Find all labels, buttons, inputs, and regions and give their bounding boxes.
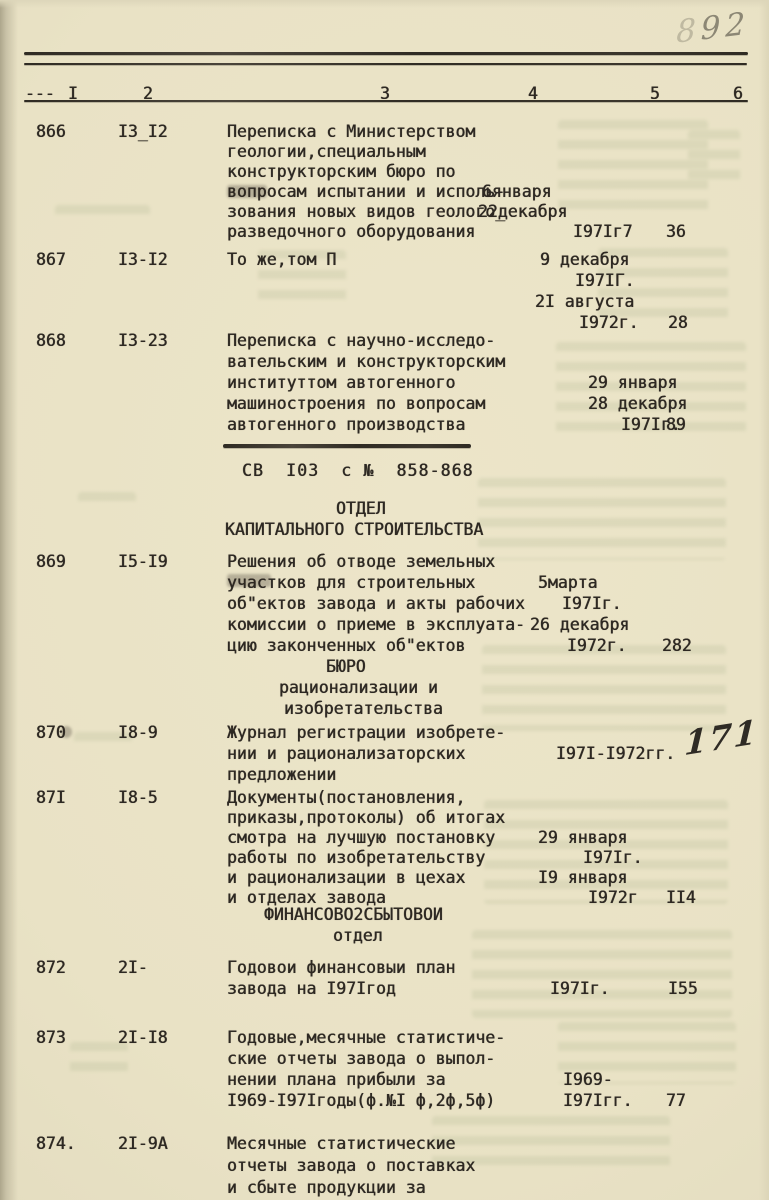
entry-title-line: То же,том П xyxy=(227,250,336,270)
entry-sheet-count: I55 xyxy=(668,979,698,999)
entry-date: 9 декабря xyxy=(540,250,629,270)
entry-number: 87I xyxy=(36,788,66,808)
entry-number: 872 xyxy=(36,958,66,978)
entry-date: I97Iг. xyxy=(583,848,643,868)
entry-title-line: об"ектов завода и акты рабочих xyxy=(227,594,525,614)
entry-index-code: I3-23 xyxy=(118,331,168,351)
entry-date: I97IГ. xyxy=(575,271,635,291)
entry-date: 29 января xyxy=(538,828,627,848)
entry-title-line: работы по изобретательству xyxy=(227,848,485,868)
section-heading: рационализации и xyxy=(279,678,438,698)
entry-title-line: комиссии о приеме в эксплуата- xyxy=(227,615,525,635)
entry-sheet-count: II4 xyxy=(666,888,696,908)
column-number-4: 4 xyxy=(528,84,538,104)
entry-title-line: Журнал регистрации изобрете- xyxy=(227,723,505,743)
entry-number: 870 xyxy=(36,723,66,743)
column-number-3: 3 xyxy=(380,84,390,104)
section-heading: БЮРО xyxy=(326,657,366,677)
entry-date: 22декабря xyxy=(478,202,567,222)
entry-title-line: геологии,специальным xyxy=(227,142,426,162)
entry-date: 6января xyxy=(482,182,552,202)
entry-index-code: 2I- xyxy=(118,958,148,978)
page-edge-shadow-top xyxy=(0,0,769,8)
entry-title-line: Годовои финансовыи план xyxy=(227,958,455,978)
separator-rule xyxy=(223,444,471,448)
entry-date: I972г xyxy=(588,888,638,908)
entry-index-code: 2I-9А xyxy=(118,1134,168,1154)
entry-date: 26 декабря xyxy=(530,615,629,635)
entry-date: I97Iг. xyxy=(562,594,622,614)
entry-number: 868 xyxy=(36,331,66,351)
entry-title-line: Переписка с научно-исследо- xyxy=(227,331,495,351)
section-heading: ФИНАНСОВО2СБЫТОВОИ xyxy=(264,905,443,925)
column-number-2: 2 xyxy=(143,84,153,104)
entry-title-line: смотра на лучшую постановку xyxy=(227,828,495,848)
entry-sheet-count: 36 xyxy=(666,222,686,242)
entry-title-line: I969-I97Iгоды(ф.№I ф,2ф,5ф) xyxy=(227,1091,495,1111)
handwritten-sheet-count: 171 xyxy=(683,712,759,764)
handwritten-page-number: 892 xyxy=(676,5,750,50)
section-heading: КАПИТАЛЬНОГО СТРОИТЕЛЬСТВА xyxy=(225,520,483,540)
entry-title-line: вопросам испытании и исполь- xyxy=(227,182,505,202)
bleed-through xyxy=(558,120,708,216)
entry-title-line: зования новых видов геолого_ xyxy=(227,202,505,222)
entry-date: I97Iгг. xyxy=(563,1091,633,1111)
top-rule-thin xyxy=(24,63,747,65)
entry-date: 29 января xyxy=(588,373,677,393)
entry-title-line: разведочного оборудования xyxy=(227,222,475,242)
entry-title-line: предложении xyxy=(227,765,336,785)
top-rule-heavy xyxy=(24,52,748,55)
entry-date: I969- xyxy=(563,1070,613,1090)
entry-index-code: I3_I2 xyxy=(118,122,168,142)
entry-date: 28 декабря xyxy=(588,394,687,414)
entry-date: I972г. xyxy=(567,636,627,656)
bleed-through xyxy=(55,205,150,221)
page-edge-shadow-left xyxy=(0,0,18,1200)
entry-index-code: 2I-I8 xyxy=(118,1028,168,1048)
entry-date: I97Iг7 xyxy=(573,222,633,242)
entry-title-line: Годовые,месячные статистиче- xyxy=(227,1028,505,1048)
column-dash-marker: --- xyxy=(25,84,55,104)
entry-title-line: Месячные статистические xyxy=(227,1134,455,1154)
section-heading: отдел xyxy=(333,926,383,946)
entry-date: I97I-I972гг. xyxy=(556,744,675,764)
entry-number: 873 xyxy=(36,1028,66,1048)
entry-date: I9 января xyxy=(538,868,627,888)
entry-title-line: ские отчеты завода о выпол- xyxy=(227,1049,495,1069)
bleed-through xyxy=(472,930,732,1018)
bleed-through xyxy=(478,478,726,560)
page-edge-shadow-right xyxy=(759,0,769,1200)
section-heading: изобретательства xyxy=(284,699,443,719)
entry-title-line: отчеты завода о поставках xyxy=(227,1156,475,1176)
entry-title-line: Решения об отводе земельных xyxy=(227,552,495,572)
entry-title-line: завода на I97Iгод xyxy=(227,979,396,999)
entry-title-line: и сбыте продукции за xyxy=(227,1178,426,1198)
entry-title-line: вательским и конструкторским xyxy=(227,352,505,372)
entry-title-line: приказы,протоколы) об итогах xyxy=(227,808,505,828)
entry-title-line: нении плана прибыли за xyxy=(227,1070,446,1090)
entry-index-code: I8-5 xyxy=(118,788,158,808)
entry-date: I972г. xyxy=(579,313,639,333)
entry-title-line: институттом автогенного xyxy=(227,373,455,393)
entry-date: I97Iг. xyxy=(550,979,610,999)
bleed-through xyxy=(482,645,726,731)
entry-title-line: Документы(постановления, xyxy=(227,788,465,808)
entry-date: 2I августа xyxy=(535,292,634,312)
column-number-5: 5 xyxy=(650,84,660,104)
column-number-6: 6 xyxy=(733,84,743,104)
entry-title-line: автогенного производства xyxy=(227,415,465,435)
entry-number: 874. xyxy=(36,1134,76,1154)
entry-date: 5марта xyxy=(538,573,598,593)
entry-title-line: конструкторским бюро по xyxy=(227,162,455,182)
column-number-1: I xyxy=(68,84,78,104)
entry-title-line: цию законченных об"ектов xyxy=(227,636,465,656)
entry-title-line: участков для строительных xyxy=(227,573,475,593)
entry-sheet-count: 89 xyxy=(666,415,686,435)
entry-number: 869 xyxy=(36,552,66,572)
entry-sheet-count: 28 xyxy=(668,313,688,333)
entry-title-line: нии и рационализаторских xyxy=(227,744,465,764)
bundle-summary-note: СВ I03 с № 858-868 xyxy=(242,461,474,481)
entry-index-code: I3-I2 xyxy=(118,250,168,270)
entry-sheet-count: 282 xyxy=(662,636,692,656)
bleed-through xyxy=(78,492,136,508)
entry-sheet-count: 77 xyxy=(666,1091,686,1111)
entry-number: 866 xyxy=(36,122,66,142)
entry-title-line: и рационализации в цехах xyxy=(227,868,465,888)
entry-index-code: I5-I9 xyxy=(118,552,168,572)
entry-title-line: машиностроения по вопросам xyxy=(227,394,485,414)
entry-number: 867 xyxy=(36,250,66,270)
section-heading: ОТДЕЛ xyxy=(336,499,386,519)
entry-title-line: Переписка с Министерством xyxy=(227,122,475,142)
entry-index-code: I8-9 xyxy=(118,723,158,743)
bleed-through xyxy=(688,130,740,182)
